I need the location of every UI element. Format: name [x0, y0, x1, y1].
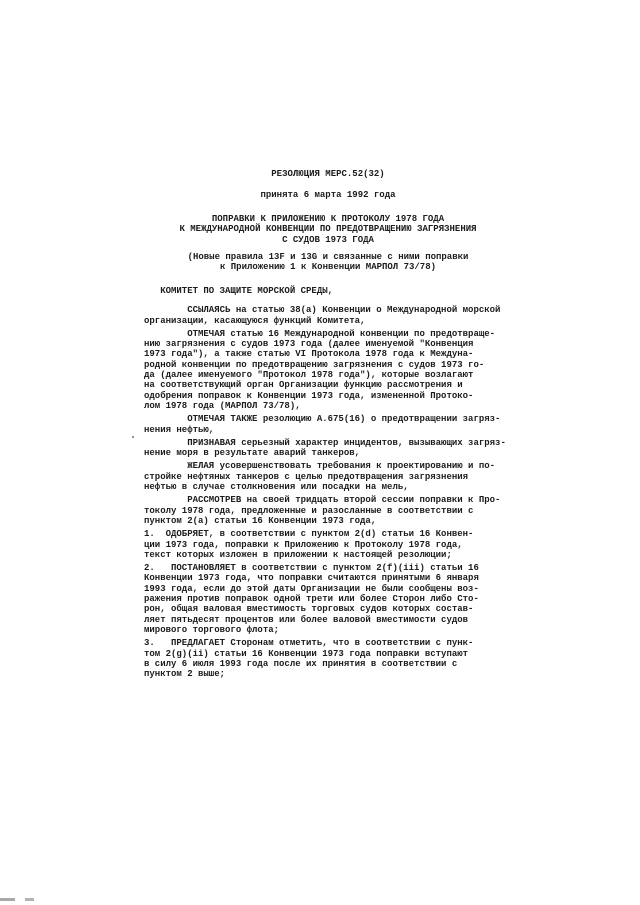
document-body: КОМИТЕТ ПО ЗАЩИТЕ МОРСКОЙ СРЕДЫ, ССЫЛАЯС…: [144, 286, 512, 679]
paragraph-item-2-determines: 2. ПОСТАНОВЛЯЕТ в соответствии с пунктом…: [144, 563, 512, 635]
paragraph-recognizing: ПРИЗНАВАЯ серьезный характер инцидентов,…: [144, 438, 512, 459]
adoption-date: принята 6 марта 1992 года: [144, 190, 512, 200]
scan-speck-artifact: [132, 436, 134, 438]
paragraph-item-1-adopts: 1. ОДОБРЯЕТ, в соответствии с пунктом 2(…: [144, 529, 512, 560]
document-subtitle: (Новые правила 13F и 13G и связанные с н…: [144, 252, 512, 273]
paragraph-having-considered: РАССМОТРЕВ на своей тридцать второй сесс…: [144, 495, 512, 526]
paragraph-recalling: ССЫЛАЯСЬ на статью 38(а) Конвенции о Меж…: [144, 305, 512, 326]
paragraph-desiring: ЖЕЛАЯ усовершенствовать требования к про…: [144, 461, 512, 492]
resolution-number: РЕЗОЛЮЦИЯ МЕРС.52(32): [144, 169, 512, 179]
document-title: ПОПРАВКИ К ПРИЛОЖЕНИЮ К ПРОТОКОЛУ 1978 Г…: [144, 214, 512, 245]
paragraph-item-3-invites: 3. ПРЕДЛАГАЕТ Сторонам отметить, что в с…: [144, 638, 512, 679]
paragraph-committee: КОМИТЕТ ПО ЗАЩИТЕ МОРСКОЙ СРЕДЫ,: [144, 286, 512, 296]
scan-edge-mark-left: [0, 898, 15, 901]
paragraph-noting-also: ОТМЕЧАЯ ТАКЖЕ резолюцию А.675(16) о пред…: [144, 414, 512, 435]
scan-edge-mark-right: [25, 898, 34, 901]
scanned-document-page: РЕЗОЛЮЦИЯ МЕРС.52(32) принята 6 марта 19…: [0, 0, 640, 905]
paragraph-noting: ОТМЕЧАЯ статью 16 Международной конвенци…: [144, 329, 512, 411]
